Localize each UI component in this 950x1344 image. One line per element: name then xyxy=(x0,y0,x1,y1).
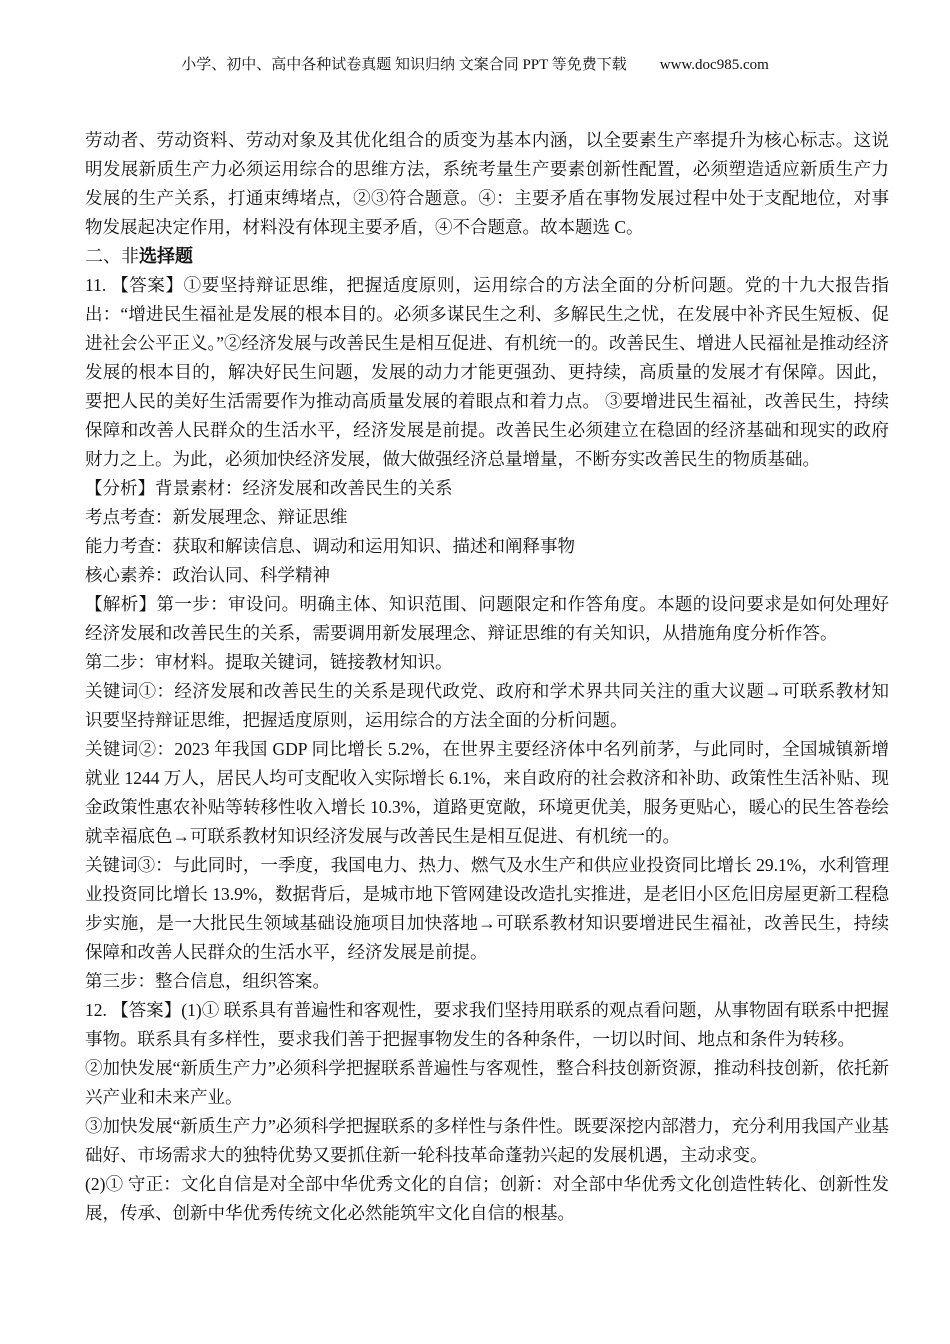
page-header: 小学、初中、高中各种试卷真题 知识归纳 文案合同 PPT 等免费下载www.do… xyxy=(0,55,950,75)
paragraph: 劳动者、劳动资料、劳动对象及其优化组合的质变为基本内涵，以全要素生产率提升为核心… xyxy=(85,126,889,242)
section-heading-number: 二、非 xyxy=(85,246,139,266)
paragraph: 【解析】第一步：审设问。明确主体、知识范围、问题限定和作答角度。本题的设问要求是… xyxy=(85,590,889,648)
header-promo-text: 小学、初中、高中各种试卷真题 知识归纳 文案合同 PPT 等免费下载 xyxy=(181,57,627,73)
paragraph: 关键词③：与此同时，一季度，我国电力、热力、燃气及水生产和供应业投资同比增长 2… xyxy=(85,851,889,967)
paragraph: 【分析】背景素材：经济发展和改善民生的关系 xyxy=(85,474,889,503)
paragraph: 考点考查：新发展理念、辩证思维 xyxy=(85,503,889,532)
document-page: 小学、初中、高中各种试卷真题 知识归纳 文案合同 PPT 等免费下载www.do… xyxy=(0,0,950,1344)
paragraph: 第二步：审材料。提取关键词，链接教材知识。 xyxy=(85,648,889,677)
paragraph: 关键词①：经济发展和改善民生的关系是现代政党、政府和学术界共同关注的重大议题→可… xyxy=(85,677,889,735)
paragraph: 核心素养：政治认同、科学精神 xyxy=(85,561,889,590)
paragraph: (2)① 守正：文化自信是对全部中华优秀文化的自信；创新：对全部中华优秀文化创造… xyxy=(85,1170,889,1228)
paragraph: ③加快发展“新质生产力”必须科学把握联系的多样性与条件性。既要深挖内部潜力，充分… xyxy=(85,1112,889,1170)
section-heading: 二、非选择题 xyxy=(85,242,889,271)
paragraph: 关键词②：2023 年我国 GDP 同比增长 5.2%，在世界主要经济体中名列前… xyxy=(85,735,889,851)
header-site-url: www.doc985.com xyxy=(660,57,769,73)
paragraph: 第三步：整合信息，组织答案。 xyxy=(85,967,889,996)
paragraph: 11. 【答案】①要坚持辩证思维，把握适度原则，运用综合的方法全面的分析问题。党… xyxy=(85,271,889,474)
section-heading-title: 选择题 xyxy=(139,246,193,266)
paragraph: ②加快发展“新质生产力”必须科学把握联系普遍性与客观性，整合科技创新资源，推动科… xyxy=(85,1054,889,1112)
document-body: 劳动者、劳动资料、劳动对象及其优化组合的质变为基本内涵，以全要素生产率提升为核心… xyxy=(85,126,889,1228)
paragraph: 12. 【答案】(1)① 联系具有普遍性和客观性，要求我们坚持用联系的观点看问题… xyxy=(85,996,889,1054)
paragraph: 能力考查：获取和解读信息、调动和运用知识、描述和阐释事物 xyxy=(85,532,889,561)
